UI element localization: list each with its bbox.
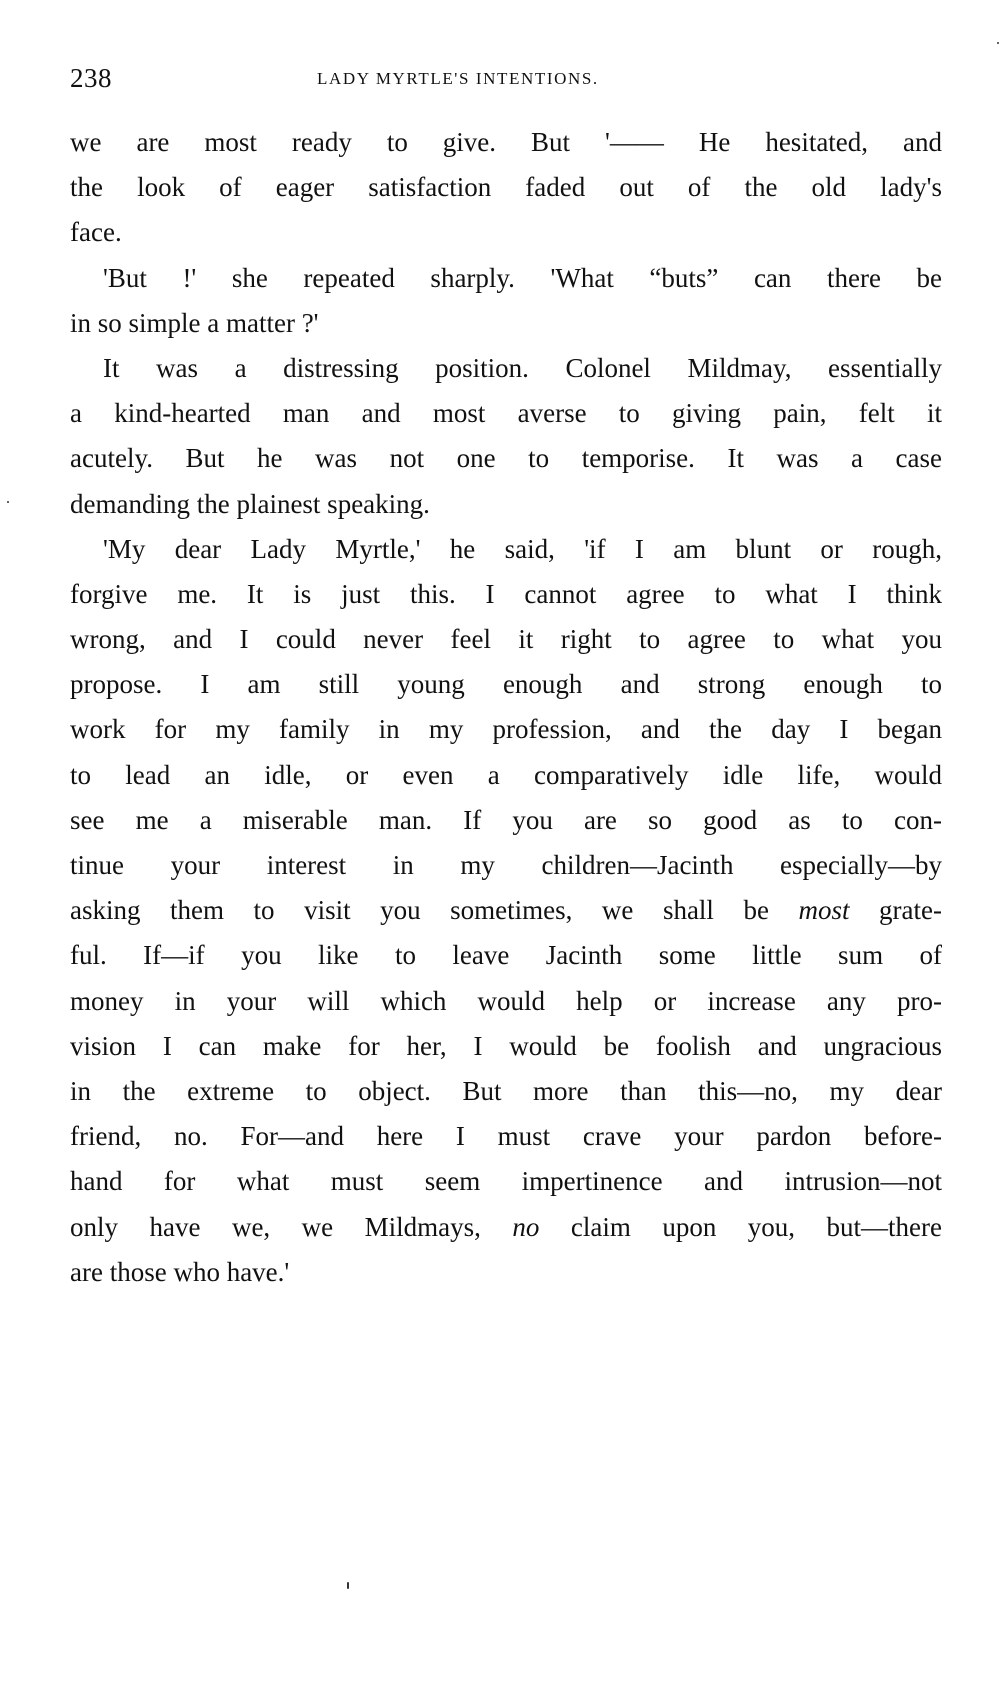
text-line: in the extreme to object. But more than … <box>70 1069 942 1114</box>
text-line: a kind-hearted man and most averse to gi… <box>70 391 942 436</box>
book-page: 238 Lady Myrtle's Intentions. we are mos… <box>0 0 1000 1705</box>
line-text: only have we, we Mildmays, <box>70 1212 512 1242</box>
text-line: money in your will which would help or i… <box>70 979 942 1024</box>
paragraph: It was a distressing position. Colonel M… <box>70 346 942 527</box>
emphasis-most: most <box>799 895 850 925</box>
text-line: face. <box>70 210 942 255</box>
text-line: forgive me. It is just this. I cannot ag… <box>70 572 942 617</box>
text-line: to lead an idle, or even a comparatively… <box>70 753 942 798</box>
text-line: are those who have.' <box>70 1250 942 1295</box>
running-title: Lady Myrtle's Intentions. <box>317 56 599 101</box>
line-text: asking them to visit you sometimes, we s… <box>70 895 799 925</box>
paragraph: 'But !' she repeated sharply. 'What “but… <box>70 256 942 346</box>
paragraph: we are most ready to give. But '—— He he… <box>70 120 942 256</box>
text-line: 'But !' she repeated sharply. 'What “but… <box>70 256 942 301</box>
text-line-with-emphasis: only have we, we Mildmays, no claim upon… <box>70 1205 942 1250</box>
body-text: we are most ready to give. But '—— He he… <box>70 120 942 1295</box>
text-line: ful. If—if you like to leave Jacinth som… <box>70 933 942 978</box>
text-line: 'My dear Lady Myrtle,' he said, 'if I am… <box>70 527 942 572</box>
text-line: hand for what must seem impertinence and… <box>70 1159 942 1204</box>
text-line: acutely. But he was not one to temporise… <box>70 436 942 481</box>
paragraph: 'My dear Lady Myrtle,' he said, 'if I am… <box>70 527 942 1295</box>
emphasis-no: no <box>512 1212 539 1242</box>
scan-speck <box>997 42 999 44</box>
text-line: friend, no. For—and here I must crave yo… <box>70 1114 942 1159</box>
text-line: wrong, and I could never feel it right t… <box>70 617 942 662</box>
line-text: claim upon you, but—there <box>539 1212 942 1242</box>
text-line: the look of eager satisfaction faded out… <box>70 165 942 210</box>
running-head: 238 Lady Myrtle's Intentions. <box>70 56 942 101</box>
text-line: tinue your interest in my children—Jacin… <box>70 843 942 888</box>
text-line-with-emphasis: asking them to visit you sometimes, we s… <box>70 888 942 933</box>
text-line: see me a miserable man. If you are so go… <box>70 798 942 843</box>
scan-speck <box>347 1582 349 1589</box>
line-text: grate- <box>850 895 943 925</box>
text-line: we are most ready to give. But '—— He he… <box>70 120 942 165</box>
text-line: demanding the plainest speaking. <box>70 482 942 527</box>
text-line: It was a distressing position. Colonel M… <box>70 346 942 391</box>
text-line: vision I can make for her, I would be fo… <box>70 1024 942 1069</box>
text-line: in so simple a matter ?' <box>70 301 942 346</box>
scan-speck <box>7 501 9 503</box>
text-line: work for my family in my profession, and… <box>70 707 942 752</box>
page-number: 238 <box>70 56 112 101</box>
text-line: propose. I am still young enough and str… <box>70 662 942 707</box>
